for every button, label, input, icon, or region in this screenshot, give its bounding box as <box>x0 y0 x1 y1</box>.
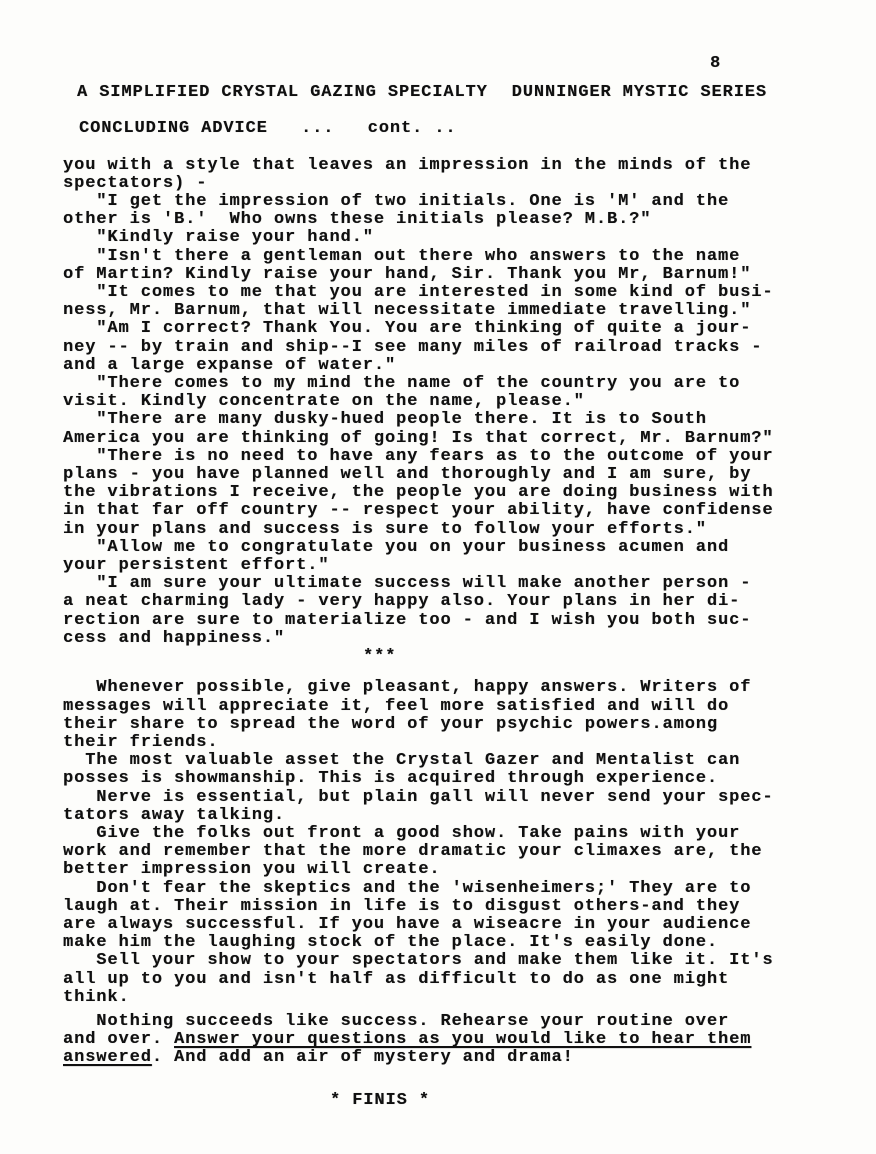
text-line: Don't fear the skeptics and the 'wisenhe… <box>63 880 876 898</box>
text-segment: "There is no need to have any fears as t… <box>63 447 774 466</box>
text-segment: their share to spread the word of your p… <box>63 715 718 734</box>
text-segment: in that far off country -- respect your … <box>63 501 774 520</box>
text-segment: you with a style that leaves an impressi… <box>63 156 751 175</box>
text-line: "Am I correct? Thank You. You are thinki… <box>63 320 876 338</box>
document-title: A SIMPLIFIED CRYSTAL GAZING SPECIALTY <box>77 84 488 102</box>
text-segment: "Am I correct? Thank You. You are thinki… <box>63 319 751 338</box>
text-segment: a neat charming lady - very happy also. … <box>63 592 740 611</box>
text-segment: The most valuable asset the Crystal Gaze… <box>63 751 740 770</box>
text-line: in your plans and success is sure to fol… <box>63 521 876 539</box>
finis-footer: * FINIS * <box>330 1092 876 1110</box>
text-segment: America you are thinking of going! Is th… <box>63 429 774 448</box>
text-line: your persistent effort." <box>63 557 876 575</box>
document-page: 8 A SIMPLIFIED CRYSTAL GAZING SPECIALTY … <box>0 0 876 1154</box>
underlined-text: answered <box>63 1048 152 1067</box>
text-line: "Allow me to congratulate you on your bu… <box>63 539 876 557</box>
text-segment: laugh at. Their mission in life is to di… <box>63 897 740 916</box>
text-segment: "I get the impression of two initials. O… <box>63 192 729 211</box>
text-segment: visit. Kindly concentrate on the name, p… <box>63 392 585 411</box>
text-segment: Nerve is essential, but plain gall will … <box>63 788 774 807</box>
text-segment: cess and happiness." <box>63 629 285 648</box>
text-line: and over. Answer your questions as you w… <box>63 1031 876 1049</box>
text-segment: "Isn't there a gentleman out there who a… <box>63 247 740 266</box>
text-segment: Nothing succeeds like success. Rehearse … <box>63 1012 729 1031</box>
text-segment: other is 'B.' Who owns these initials pl… <box>63 210 651 229</box>
text-segment: better impression you will create. <box>63 860 440 879</box>
text-segment: tators away talking. <box>63 806 285 825</box>
text-line: all up to you and isn't half as difficul… <box>63 971 876 989</box>
text-line: Give the folks out front a good show. Ta… <box>63 825 876 843</box>
text-line: a neat charming lady - very happy also. … <box>63 593 876 611</box>
series-title: DUNNINGER MYSTIC SERIES <box>512 84 767 102</box>
text-segment: Give the folks out front a good show. Ta… <box>63 824 740 843</box>
section-advice: Whenever possible, give pleasant, happy … <box>63 679 876 1007</box>
text-segment: all up to you and isn't half as difficul… <box>63 970 729 989</box>
text-segment: ness, Mr. Barnum, that will necessitate … <box>63 301 751 320</box>
header: A SIMPLIFIED CRYSTAL GAZING SPECIALTY DU… <box>77 84 767 102</box>
text-segment: and a large expanse of water." <box>63 356 396 375</box>
text-line: Nerve is essential, but plain gall will … <box>63 789 876 807</box>
section-heading: CONCLUDING ADVICE ... cont. .. <box>79 120 876 138</box>
text-segment: "Kindly raise your hand." <box>63 228 374 247</box>
text-segment: Whenever possible, give pleasant, happy … <box>63 678 751 697</box>
text-segment: are always successful. If you have a wis… <box>63 915 751 934</box>
text-segment: plans - you have planned well and thorou… <box>63 465 751 484</box>
text-line: spectators) - <box>63 175 876 193</box>
text-segment: "It comes to me that you are interested … <box>63 283 774 302</box>
text-segment: your persistent effort." <box>63 556 329 575</box>
text-line: ness, Mr. Barnum, that will necessitate … <box>63 302 876 320</box>
text-segment: spectators) - <box>63 174 207 193</box>
text-line: posses is showmanship. This is acquired … <box>63 770 876 788</box>
text-line: ney -- by train and ship--I see many mil… <box>63 339 876 357</box>
text-line: laugh at. Their mission in life is to di… <box>63 898 876 916</box>
text-line: the vibrations I receive, the people you… <box>63 484 876 502</box>
text-line: "Isn't there a gentleman out there who a… <box>63 248 876 266</box>
text-line: answered. And add an air of mystery and … <box>63 1049 876 1067</box>
text-line: "It comes to me that you are interested … <box>63 284 876 302</box>
text-line: work and remember that the more dramatic… <box>63 843 876 861</box>
text-segment: work and remember that the more dramatic… <box>63 842 762 861</box>
text-line: messages will appreciate it, feel more s… <box>63 698 876 716</box>
text-segment: Sell your show to your spectators and ma… <box>63 951 774 970</box>
section-closing: Nothing succeeds like success. Rehearse … <box>63 1013 876 1068</box>
text-line: Nothing succeeds like success. Rehearse … <box>63 1013 876 1031</box>
text-line: tators away talking. <box>63 807 876 825</box>
text-line: Whenever possible, give pleasant, happy … <box>63 679 876 697</box>
text-line: you with a style that leaves an impressi… <box>63 157 876 175</box>
page-number: 8 <box>63 55 876 73</box>
text-line: "Kindly raise your hand." <box>63 229 876 247</box>
text-line: The most valuable asset the Crystal Gaze… <box>63 752 876 770</box>
text-line: make him the laughing stock of the place… <box>63 934 876 952</box>
text-segment: in your plans and success is sure to fol… <box>63 520 707 539</box>
text-line: "I get the impression of two initials. O… <box>63 193 876 211</box>
text-segment: think. <box>63 988 130 1007</box>
underlined-text: Answer your questions as you would like … <box>174 1030 751 1049</box>
text-line: "There are many dusky-hued people there.… <box>63 411 876 429</box>
text-line: and a large expanse of water." <box>63 357 876 375</box>
text-line: America you are thinking of going! Is th… <box>63 430 876 448</box>
text-line: in that far off country -- respect your … <box>63 502 876 520</box>
text-segment: Don't fear the skeptics and the 'wisenhe… <box>63 879 751 898</box>
section-dialogue: you with a style that leaves an impressi… <box>63 157 876 648</box>
text-line: are always successful. If you have a wis… <box>63 916 876 934</box>
text-segment: the vibrations I receive, the people you… <box>63 483 774 502</box>
text-segment: "There are many dusky-hued people there.… <box>63 410 707 429</box>
text-line: Sell your show to your spectators and ma… <box>63 952 876 970</box>
text-line: rection are sure to materialize too - an… <box>63 612 876 630</box>
text-segment: of Martin? Kindly raise your hand, Sir. … <box>63 265 751 284</box>
text-line: other is 'B.' Who owns these initials pl… <box>63 211 876 229</box>
text-line: their friends. <box>63 734 876 752</box>
text-line: their share to spread the word of your p… <box>63 716 876 734</box>
section-separator: *** <box>363 648 876 666</box>
text-line: "There is no need to have any fears as t… <box>63 448 876 466</box>
text-segment: ney -- by train and ship--I see many mil… <box>63 338 762 357</box>
text-line: visit. Kindly concentrate on the name, p… <box>63 393 876 411</box>
text-segment: rection are sure to materialize too - an… <box>63 611 751 630</box>
text-segment: . And add an air of mystery and drama! <box>152 1048 574 1067</box>
text-segment: "I am sure your ultimate success will ma… <box>63 574 751 593</box>
text-segment: "There comes to my mind the name of the … <box>63 374 740 393</box>
text-segment: posses is showmanship. This is acquired … <box>63 769 718 788</box>
text-line: of Martin? Kindly raise your hand, Sir. … <box>63 266 876 284</box>
text-line: "There comes to my mind the name of the … <box>63 375 876 393</box>
text-segment: their friends. <box>63 733 218 752</box>
text-line: think. <box>63 989 876 1007</box>
text-line: better impression you will create. <box>63 861 876 879</box>
text-line: cess and happiness." <box>63 630 876 648</box>
text-segment: "Allow me to congratulate you on your bu… <box>63 538 729 557</box>
text-line: plans - you have planned well and thorou… <box>63 466 876 484</box>
text-line: "I am sure your ultimate success will ma… <box>63 575 876 593</box>
text-segment: messages will appreciate it, feel more s… <box>63 697 729 716</box>
text-segment: make him the laughing stock of the place… <box>63 933 718 952</box>
text-segment: and over. <box>63 1030 174 1049</box>
